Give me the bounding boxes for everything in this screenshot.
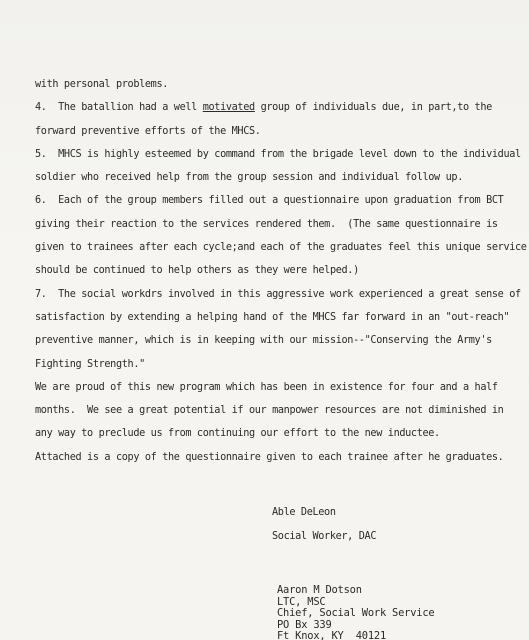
text-line-item-4: 4. The batallion had a well motivated gr…	[35, 96, 525, 119]
text-line: Attached is a copy of the questionnaire …	[35, 446, 525, 469]
text-span: group of individuals due, in part,to the	[255, 102, 492, 113]
text-line-item-6: 6. Each of the group members filled out …	[35, 189, 525, 212]
address-block: Aaron M Dotson LTC, MSC Chief, Social Wo…	[277, 585, 434, 640]
text-line: forward preventive efforts of the MHCS.	[35, 120, 525, 143]
text-line: should be continued to help others as th…	[35, 259, 525, 282]
text-line-item-7: 7. The social workdrs involved in this a…	[35, 283, 525, 306]
text-line: months. We see a great potential if our …	[35, 399, 525, 422]
address-line: Aaron M Dotson	[277, 585, 434, 597]
text-line: We are proud of this new program which h…	[35, 376, 525, 399]
text-line: with personal problems.	[35, 73, 525, 96]
document-page: with personal problems. 4. The batallion…	[0, 0, 529, 640]
text-line: soldier who received help from the group…	[35, 166, 525, 189]
underlined-word: motivated	[203, 102, 255, 113]
signature-name: Able DeLeon	[272, 507, 336, 518]
address-line: Ft Knox, KY 40121	[277, 631, 434, 640]
signature-title: Social Worker, DAC	[272, 531, 376, 542]
text-line-item-5: 5. MHCS is highly esteemed by command fr…	[35, 143, 525, 166]
text-line: preventive manner, which is in keeping w…	[35, 329, 525, 352]
text-line: giving their reaction to the services re…	[35, 213, 525, 236]
text-span: 4. The batallion had a well	[35, 102, 203, 113]
letter-body: with personal problems. 4. The batallion…	[35, 73, 525, 469]
text-line: given to trainees after each cycle;and e…	[35, 236, 525, 259]
text-line: any way to preclude us from continuing o…	[35, 422, 525, 445]
text-line: Fighting Strength."	[35, 353, 525, 376]
text-line: satisfaction by extending a helping hand…	[35, 306, 525, 329]
